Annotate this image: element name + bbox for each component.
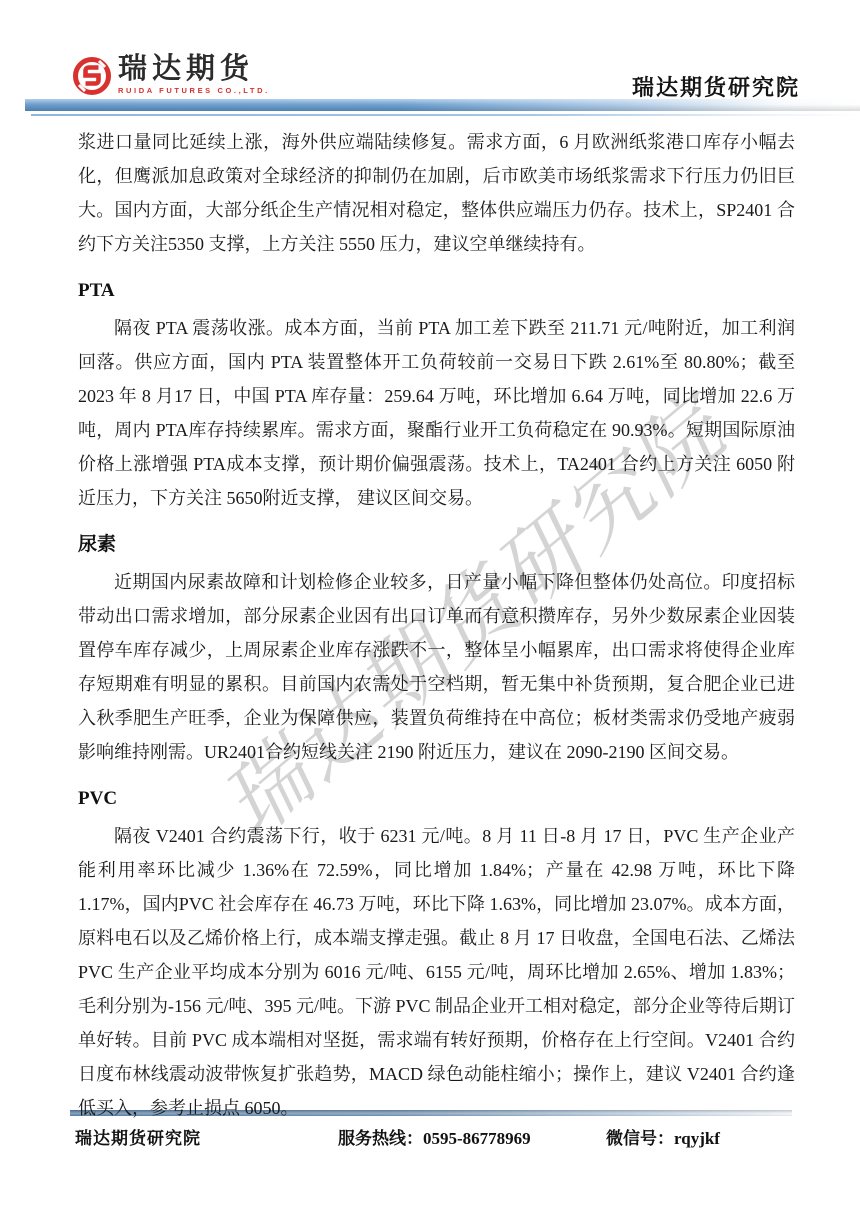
- paragraph-pulp-continuation: 浆进口量同比延续上涨，海外供应端陆续修复。需求方面，6 月欧洲纸浆港口库存小幅去…: [78, 125, 795, 261]
- footer-institute: 瑞达期货研究院: [75, 1124, 201, 1149]
- hotline-label: 服务热线：: [338, 1129, 423, 1148]
- section-heading-urea: 尿素: [78, 532, 795, 558]
- section-heading-pvc: PVC: [78, 786, 795, 812]
- header-divider-thin: [31, 114, 860, 116]
- report-page: 瑞达期货 RUIDA FUTURES CO.,LTD. 瑞达期货研究院 瑞达期货…: [0, 0, 860, 1217]
- header-divider: [25, 99, 860, 111]
- report-body: 浆进口量同比延续上涨，海外供应端陆续修复。需求方面，6 月欧洲纸浆港口库存小幅去…: [78, 125, 795, 1125]
- paragraph-urea: 近期国内尿素故障和计划检修企业较多，日产量小幅下降但整体仍处高位。印度招标带动出…: [78, 565, 795, 769]
- footer-hotline: 服务热线：0595-86778969: [338, 1124, 531, 1149]
- footer-wechat: 微信号：rqyjkf: [606, 1124, 720, 1149]
- wechat-label: 微信号：: [606, 1129, 674, 1148]
- logo-text: 瑞达期货 RUIDA FUTURES CO.,LTD.: [118, 54, 270, 95]
- brand-name-cn: 瑞达期货: [118, 54, 270, 85]
- paragraph-pta: 隔夜 PTA 震荡收涨。成本方面，当前 PTA 加工差下跌至 211.71 元/…: [78, 311, 795, 515]
- brand-name-en: RUIDA FUTURES CO.,LTD.: [118, 86, 270, 95]
- wechat-id: rqyjkf: [674, 1129, 720, 1148]
- ruida-logo-icon: [72, 54, 112, 96]
- paragraph-pvc: 隔夜 V2401 合约震荡下行，收于 6231 元/吨。8 月 11 日-8 月…: [78, 819, 795, 1125]
- company-logo: 瑞达期货 RUIDA FUTURES CO.,LTD.: [72, 54, 270, 96]
- section-heading-pta: PTA: [78, 278, 795, 304]
- footer-row: 瑞达期货研究院 服务热线：0595-86778969 微信号：rqyjkf: [75, 1124, 800, 1148]
- hotline-number: 0595-86778969: [423, 1129, 531, 1148]
- institute-title: 瑞达期货研究院: [632, 71, 800, 102]
